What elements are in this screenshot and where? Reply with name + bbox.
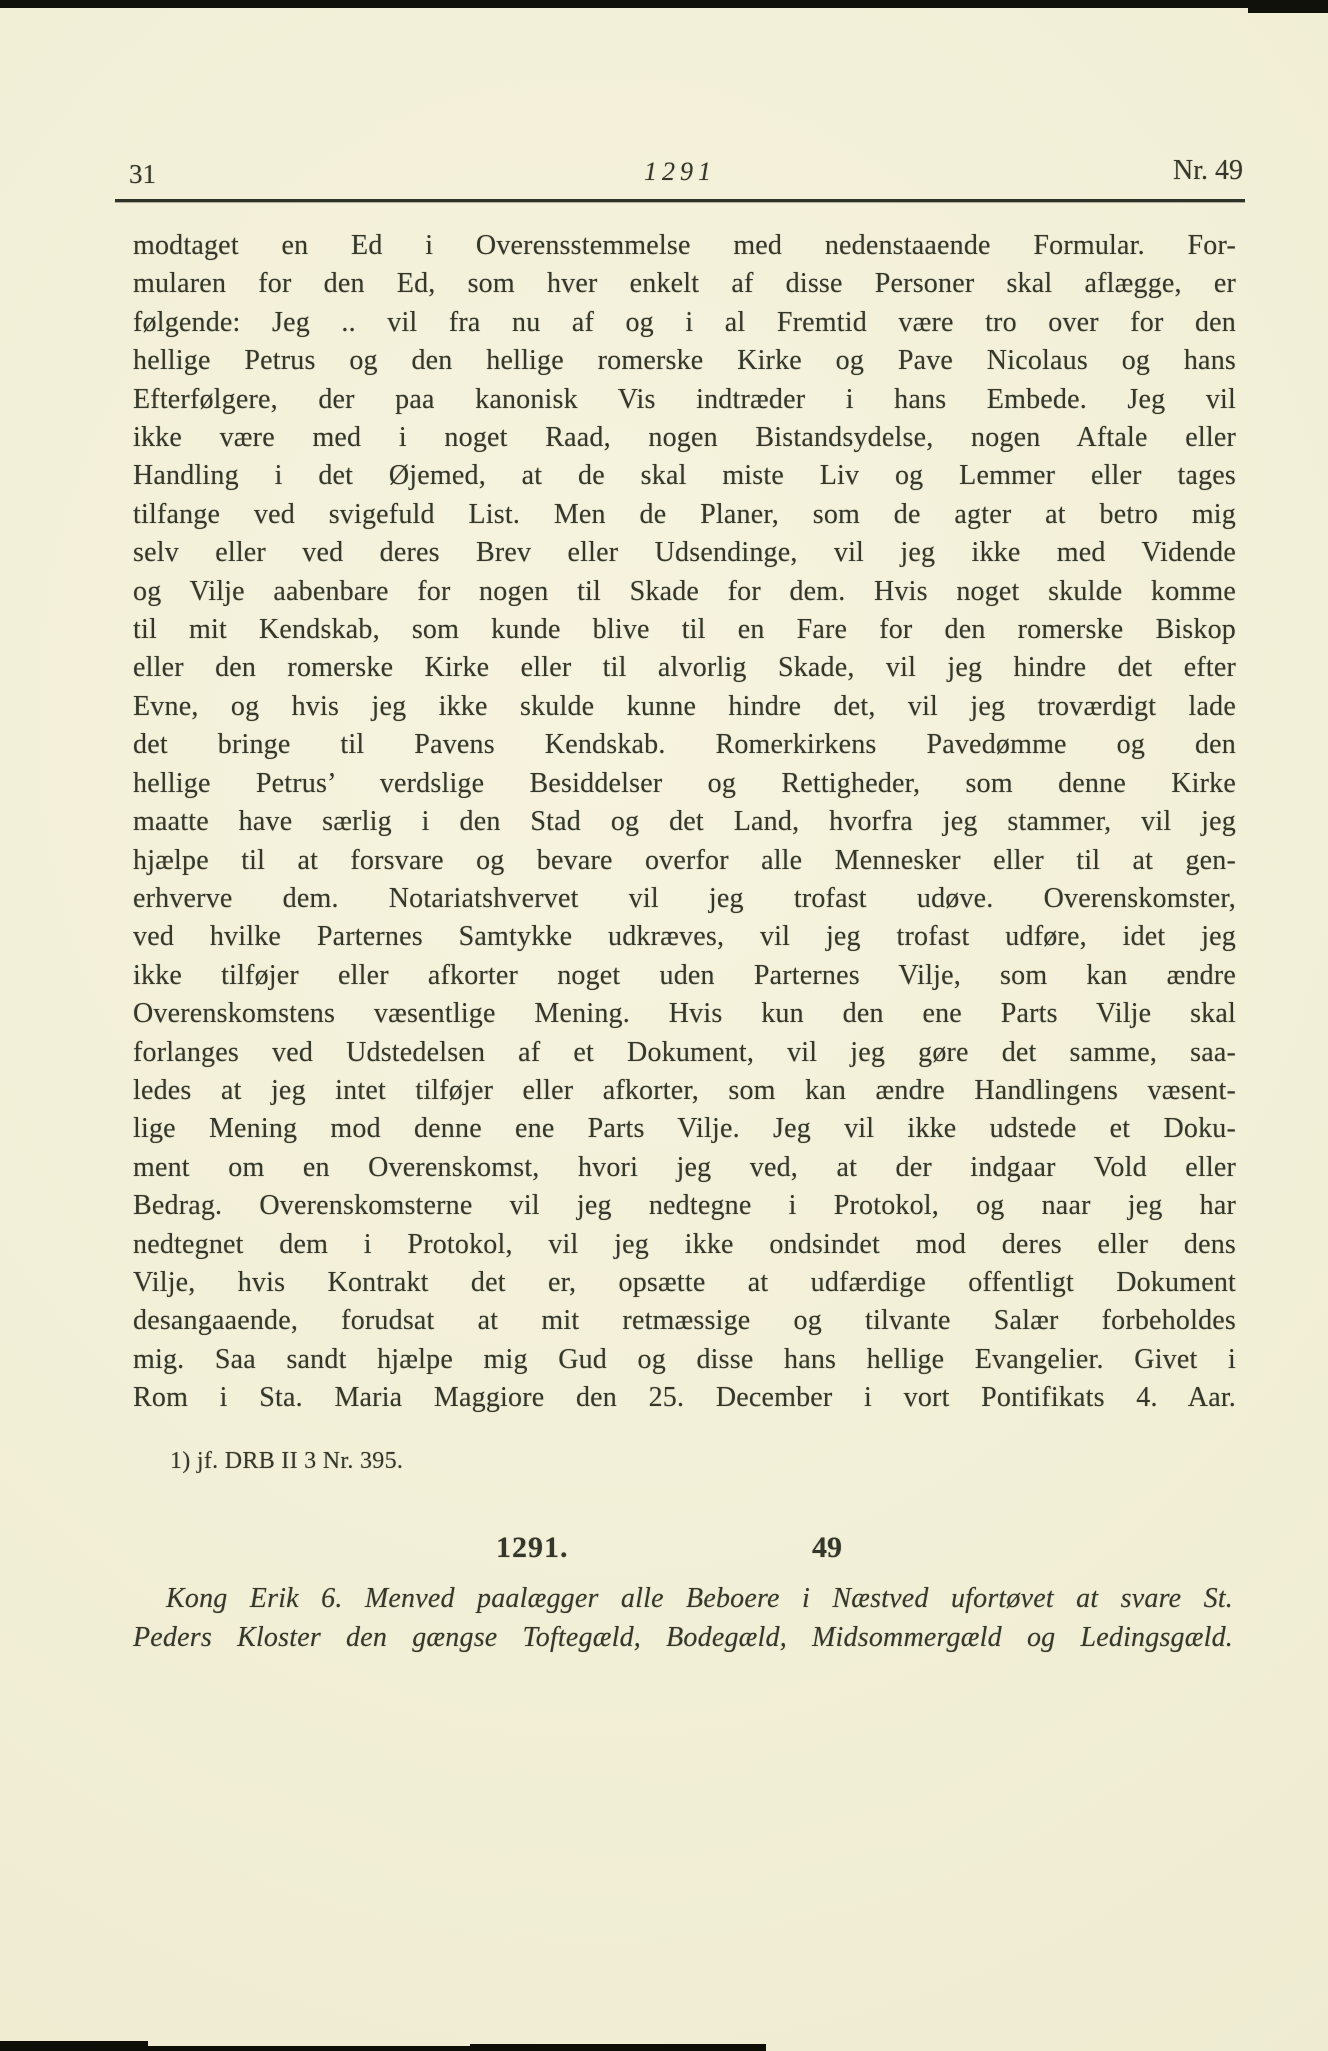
entry-number: 49 [812, 1531, 842, 1565]
body-text-line: nedtegnet dem i Protokol, vil jeg ikke o… [133, 1226, 1236, 1264]
body-text-line: ikke være med i noget Raad, nogen Bistan… [133, 419, 1236, 457]
scan-artifact-bottom-band-3 [470, 2044, 766, 2051]
body-text-line: til mit Kendskab, som kunde blive til en… [133, 611, 1236, 649]
body-text-line: modtaget en Ed i Overensstemmelse med ne… [133, 227, 1236, 265]
header-doc-ref: Nr. 49 [1173, 155, 1243, 187]
scan-artifact-bottom-band-1 [0, 2041, 148, 2051]
body-text-line: Rom i Sta. Maria Maggiore den 25. Decemb… [133, 1379, 1236, 1417]
body-text-line: desangaaende, forudsat at mit retmæssige… [133, 1302, 1236, 1340]
body-text-line: eller den romerske Kirke eller til alvor… [133, 649, 1236, 687]
body-text-line: maatte have særlig i den Stad og det Lan… [133, 803, 1236, 841]
body-text-line: følgende: Jeg .. vil fra nu af og i al F… [133, 304, 1236, 342]
body-text-line: tilfange ved svigefuld List. Men de Plan… [133, 496, 1236, 534]
body-text-line: Evne, og hvis jeg ikke skulde kunne hind… [133, 688, 1236, 726]
body-text-line: ledes at jeg intet tilføjer eller afkort… [133, 1072, 1236, 1110]
entry-year-heading: 1291. [496, 1531, 569, 1565]
document-body-text: modtaget en Ed i Overensstemmelse med ne… [133, 227, 1236, 1418]
running-header: 31 1291 Nr. 49 [115, 155, 1245, 197]
body-text-line: hjælpe til at forsvare og bevare overfor… [133, 842, 1236, 880]
summary-text-line: Kong Erik 6. Menved paalægger alle Beboe… [133, 1579, 1233, 1618]
scan-artifact-top-band [0, 0, 1328, 8]
body-text-line: Bedrag. Overenskomsterne vil jeg nedtegn… [133, 1187, 1236, 1225]
body-text-line: erhverve dem. Notariatshvervet vil jeg t… [133, 880, 1236, 918]
body-text-line: Handling i det Øjemed, at de skal miste … [133, 457, 1236, 495]
entry-summary: Kong Erik 6. Menved paalægger alle Beboe… [133, 1579, 1233, 1657]
body-text-line: ved hvilke Parternes Samtykke udkræves, … [133, 918, 1236, 956]
body-text-line: mularen for den Ed, som hver enkelt af d… [133, 265, 1236, 303]
body-text-line: forlanges ved Udstedelsen af et Dokument… [133, 1034, 1236, 1072]
footnote: 1) jf. DRB II 3 Nr. 395. [170, 1448, 403, 1475]
body-text-line: Efterfølgere, der paa kanonisk Vis indtr… [133, 381, 1236, 419]
body-text-line: lige Mening mod denne ene Parts Vilje. J… [133, 1110, 1236, 1148]
body-text-line: og Vilje aabenbare for nogen til Skade f… [133, 573, 1236, 611]
body-text-line: hellige Petrus og den hellige romerske K… [133, 342, 1236, 380]
body-text-line: Overenskomstens væsentlige Mening. Hvis … [133, 995, 1236, 1033]
body-text-line: selv eller ved deres Brev eller Udsendin… [133, 534, 1236, 572]
body-text-line: hellige Petrus’ verdslige Besiddelser og… [133, 765, 1236, 803]
body-text-line: Vilje, hvis Kontrakt det er, opsætte at … [133, 1264, 1236, 1302]
body-text-line: mig. Saa sandt hjælpe mig Gud og disse h… [133, 1341, 1236, 1379]
header-divider-rule [115, 199, 1245, 202]
body-text-line: ment om en Overenskomst, hvori jeg ved, … [133, 1149, 1236, 1187]
scanned-book-page: 31 1291 Nr. 49 modtaget en Ed i Overenss… [0, 0, 1328, 2051]
body-text-line: ikke tilføjer eller afkorter noget uden … [133, 957, 1236, 995]
summary-text-line: Peders Kloster den gængse Toftegæld, Bod… [133, 1618, 1233, 1657]
scan-artifact-bottom-band-2 [148, 2046, 470, 2051]
body-text-line: det bringe til Pavens Kendskab. Romerkir… [133, 726, 1236, 764]
scan-artifact-top-right-band [1248, 0, 1328, 13]
header-year: 1291 [115, 157, 1245, 187]
